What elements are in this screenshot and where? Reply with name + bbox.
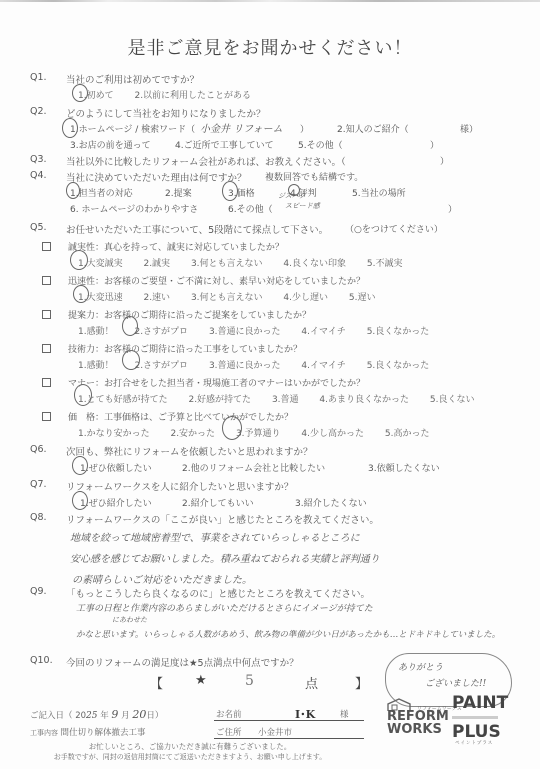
logo-plus: PLUS — [452, 722, 508, 742]
q5-item1-opt2[interactable]: 2.誠実 — [143, 256, 170, 269]
q5-item6-opt2[interactable]: 2.安かった — [170, 426, 215, 439]
month-value: 9 — [111, 708, 118, 721]
q5-item1-opt4[interactable]: 4.良くない印象 — [283, 256, 346, 269]
q5-item3-opt4[interactable]: 4.イマイチ — [301, 324, 345, 337]
q7-number: Q7. — [30, 479, 47, 490]
q4-number: Q4. — [30, 170, 47, 181]
q5-item5-opt4[interactable]: 4.あまり良くなかった — [319, 392, 409, 405]
q4-selection-circle-1 — [66, 182, 80, 199]
q5-number: Q5. — [30, 222, 47, 233]
paint-plus-kana: ペイントプラス — [455, 740, 493, 746]
name-suffix: 様 — [340, 708, 349, 720]
year-prefix: 20 — [75, 711, 86, 721]
q5-item5-checkbox[interactable] — [42, 378, 51, 387]
q5-item5-selection-circle — [74, 384, 92, 406]
q2-option-4[interactable]: 4.ご近所で工事していて — [175, 138, 274, 151]
q3-close: ） — [440, 154, 449, 167]
q5-item3-opt2[interactable]: 2.さすがプロ — [134, 324, 188, 337]
q7-option-3[interactable]: 3.紹介したくない — [295, 496, 367, 509]
q5-item1-options: 1.大変誠実 2.誠実 3.何とも言えない 4.良くない印象 5.不誠実 — [78, 256, 420, 269]
reform-works-logo: REFORM WORKS — [387, 710, 449, 736]
q6-text: 次回も、弊社にリフォームを依頼したいと思われますか？ — [66, 444, 313, 458]
q1-number: Q1. — [30, 72, 47, 83]
q8-number: Q8. — [30, 512, 47, 523]
address-underline — [214, 738, 364, 739]
thanks-note-line-2: ございました!! — [425, 676, 486, 689]
year-unit: 年 — [100, 711, 109, 721]
q5-item5-opt2[interactable]: 2.好感が持てた — [188, 392, 251, 405]
day-unit: 日） — [146, 711, 163, 721]
q4-option-other[interactable]: 6.その他（ — [228, 202, 273, 215]
q9-answer-line-1: 工事の日程と作業内容のあらましがいただけるとさらにイメージが持てた — [76, 601, 373, 614]
thanks-message-2: お手数ですが、同封の返信用封筒にてご返送いただきますよう、お願い申し上げます。 — [0, 752, 380, 762]
q2-option-5[interactable]: 5.その他（ — [298, 138, 343, 151]
address-value[interactable]: 小金井市 — [258, 726, 292, 738]
q5-note: （○をつけてください） — [345, 222, 443, 235]
year-value: 25 — [86, 711, 97, 721]
q5-item3-opt5[interactable]: 5.良くなかった — [367, 324, 430, 337]
score-unit: 点 — [305, 673, 318, 692]
q5-item5-opt5[interactable]: 5.良くない — [430, 392, 475, 405]
date-label: ご記入日（ — [30, 711, 73, 721]
name-underline — [214, 720, 364, 721]
q9-number: Q9. — [30, 586, 47, 597]
date-field[interactable]: ご記入日（ 2025 年 9 月 20日） — [30, 708, 163, 721]
q5-item1-label: 誠実性：真心を持って、誠実に対応していましたか？ — [68, 240, 284, 253]
paint-plus-logo: PAINT PLUS — [452, 693, 508, 742]
q5-item1-opt3[interactable]: 3.何とも言えない — [191, 256, 263, 269]
work-content: 工事内容 間仕切り解体撤去工事 — [30, 726, 146, 738]
work-label: 工事内容 — [30, 729, 58, 737]
score-value[interactable]: 5 — [245, 673, 254, 689]
q5-item4-opt1[interactable]: 1.感動！ — [78, 358, 114, 371]
q5-item3-checkbox[interactable] — [42, 310, 51, 319]
q5-item1-selection-circle — [70, 250, 88, 270]
q5-item5-options: 1.とても好感が持てた 2.好感が持てた 3.普通 4.あまり良くなかった 5.… — [78, 392, 492, 405]
q9-answer-line-2: かなと思います。いらっしゃる人数があめう、飲み物の準備が少い日があったかも…とド… — [76, 628, 500, 640]
q2-selection-circle — [62, 118, 78, 138]
q4-other-answer: スピード感 — [285, 201, 320, 211]
q5-item6-label: 価 格：工事価格は、ご予算と比べていかがでしたか？ — [68, 410, 293, 423]
q1-selection-circle — [72, 84, 88, 102]
q5-item6-selection-circle — [222, 416, 242, 440]
q2-number: Q2. — [30, 106, 47, 117]
q5-item2-opt4[interactable]: 4.少し遅い — [283, 290, 328, 303]
day-value: 20 — [132, 708, 146, 721]
q9-text: 「もっとこうしたら良くなるのに」と感じたところを教えてください。 — [66, 586, 370, 600]
q7-option-1[interactable]: 1.ぜひ紹介したい — [80, 496, 152, 509]
logo-divider — [452, 716, 498, 719]
star-icon: ★ — [195, 673, 207, 688]
q10-text: 今回のリフォームの満足度は★5点満点中何点ですか？ — [66, 655, 299, 669]
q5-item3-opt1[interactable]: 1.感動！ — [78, 324, 114, 337]
q3-text: 当社以外に比較したリフォーム会社があれば、お教えください。（ — [66, 154, 346, 168]
logo-paint: PAINT — [452, 693, 508, 713]
q4-option-6[interactable]: 6. ホームページのわかりやすさ — [70, 202, 198, 215]
q5-item2-label: 迅速性：お客様のご要望・ご不満に対し、素早い対応をしていましたか？ — [68, 274, 365, 287]
work-value: 間仕切り解体撤去工事 — [61, 728, 146, 738]
q5-item6-options: 1.かなり安かった 2.安かった 3.予算通り 4.少し高かった 5.高かった — [78, 426, 447, 439]
q5-item6-opt3[interactable]: 3.予算通り — [236, 426, 281, 439]
q4-option-5[interactable]: 5.当社の場所 — [352, 186, 406, 199]
q5-item1-checkbox[interactable] — [42, 242, 51, 251]
q5-item4-opt2[interactable]: 2.さすがプロ — [134, 358, 188, 371]
address-label: ご住所 — [216, 726, 242, 738]
page-title: 是非ご意見をお聞かせください！ — [0, 34, 540, 60]
q1-option-2[interactable]: 2.以前に利用したことがある — [134, 88, 251, 101]
thanks-note-line-1: ありがとう — [398, 660, 443, 673]
q6-option-2[interactable]: 2.他のリフォーム会社と比較したい — [182, 461, 325, 474]
q5-item4-opt4[interactable]: 4.イマイチ — [301, 358, 345, 371]
q5-item5-label: マナー：お打合せをした担当者・現場施工者のマナーはいかがでしたか？ — [68, 376, 365, 389]
q4-note: 複数回答でも結構です。 — [265, 170, 363, 183]
q5-item6-opt1[interactable]: 1.かなり安かった — [78, 426, 150, 439]
q8-answer-line-1: 地域を絞って地域密着型で、事業をされていらっしゃるところに — [70, 529, 360, 544]
score-bracket-open: 【 — [150, 673, 163, 692]
q5-item3-opt3[interactable]: 3.普通に良かった — [209, 324, 281, 337]
month-unit: 月 — [121, 711, 130, 721]
q4-option-2[interactable]: 2.提案 — [165, 186, 192, 199]
q4-other-answer-top: ジスパク — [278, 191, 306, 201]
q5-item4-selection-circle — [122, 350, 140, 370]
q5-item4-opt5[interactable]: 5.良くなかった — [367, 358, 430, 371]
q5-item2-opt2[interactable]: 2.速い — [143, 290, 170, 303]
q5-item4-opt3[interactable]: 3.普通に良かった — [209, 358, 281, 371]
q10-number: Q10. — [30, 655, 53, 666]
q4-text: 当社に決めていただいた理由は何ですか？ — [66, 170, 247, 184]
q5-item2-options: 1.大変迅速 2.速い 3.何とも言えない 4.少し遅い 5.遅い — [78, 290, 393, 303]
thanks-message-1: お忙しいところ、ご協力いただき誠に有難うございました。 — [0, 741, 380, 752]
q5-item3-selection-circle — [122, 316, 138, 336]
q2-text: どのようにして当社をお知りになりましたか？ — [66, 106, 266, 120]
q5-item2-checkbox[interactable] — [42, 276, 51, 285]
q3-number: Q3. — [30, 154, 47, 165]
q6-option-1[interactable]: 1.ぜひ依頼したい — [80, 461, 152, 474]
q2-option-1[interactable]: 1.ホームページ / 検索ワード（ — [70, 122, 195, 135]
q5-item1-opt5[interactable]: 5.不誠実 — [367, 256, 403, 269]
q4-selection-circle-3 — [222, 181, 238, 201]
q2-search-word: 小金井 リフォーム — [200, 120, 283, 135]
q5-text: お任せいただいた工事について、5段階にて採点して下さい。 — [66, 222, 328, 236]
logo-works: WORKS — [387, 723, 449, 736]
q1-options: 1.初めて 2.以前に利用したことがある — [78, 88, 269, 101]
name-label: お名前 — [216, 708, 242, 720]
q5-item5-opt3[interactable]: 3.普通 — [272, 392, 299, 405]
q8-answer-line-2: 安心感を感じてお願いしました。積み重ねておられる実績と評判通り — [70, 550, 380, 565]
q6-option-3[interactable]: 3.依頼したくない — [368, 461, 440, 474]
q6-selection-circle — [72, 456, 88, 475]
q5-item6-checkbox[interactable] — [42, 412, 51, 421]
q2-option-2[interactable]: 2.知人のご紹介（ — [337, 122, 409, 135]
q6-number: Q6. — [30, 444, 47, 455]
q2-option-2-close: 様） — [460, 122, 478, 135]
q5-item3-label: 提案力：お客様のご期待に沿ったご提案をしていましたか？ — [68, 308, 311, 321]
q8-answer-line-3: の素晴らしいご対応をいただきました。 — [72, 571, 252, 586]
q7-selection-circle — [72, 491, 88, 510]
q5-item6-opt4[interactable]: 4.少し高かった — [301, 426, 364, 439]
q4-other-close: ） — [448, 202, 457, 215]
q5-item2-opt5[interactable]: 5.遅い — [349, 290, 376, 303]
q5-item4-label: 技術力：お客様のご期待に沿った工事をしていましたか？ — [68, 342, 302, 355]
q9-answer-insert: にあわせた — [112, 615, 147, 625]
q2-option-3[interactable]: 3.お店の前を通って — [70, 138, 151, 151]
q5-item2-opt3[interactable]: 3.何とも言えない — [191, 290, 263, 303]
q7-text: リフォームワークスを人に紹介したいと思いますか？ — [66, 479, 293, 493]
scan-edge — [0, 0, 540, 2]
score-bracket-close: 】 — [355, 673, 368, 692]
q5-item4-checkbox[interactable] — [42, 344, 51, 353]
q2-option-5-close: ） — [430, 138, 439, 151]
q2-option-1-close: ） — [300, 122, 309, 135]
q1-text: 当社のご利用は初めてですか？ — [66, 72, 199, 86]
q7-option-2[interactable]: 2.紹介してもいい — [182, 496, 254, 509]
q5-item6-opt5[interactable]: 5.高かった — [385, 426, 430, 439]
q8-text: リフォームワークスの「ここが良い」と感じたところを教えてください。 — [66, 512, 379, 526]
q5-item2-selection-circle — [73, 285, 89, 303]
